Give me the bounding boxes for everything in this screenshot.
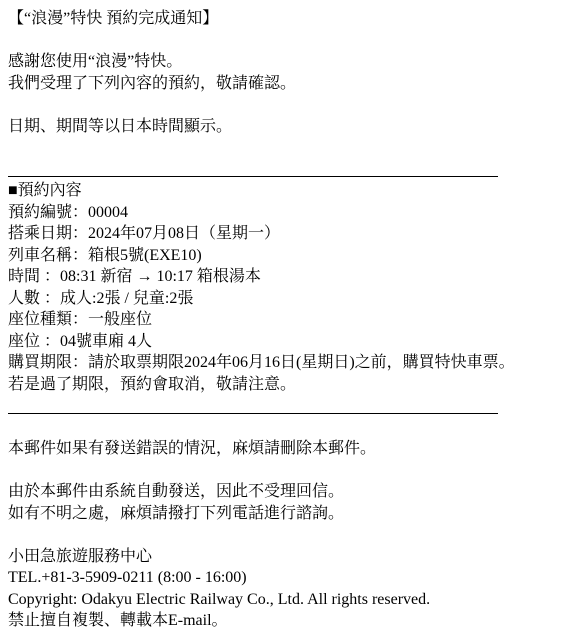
reservation-heading: ■預約內容: [8, 180, 559, 202]
reservation-line-time: 時間 ：08:31 新宿 → 10:17 箱根湯本: [8, 266, 559, 288]
spacer: [8, 30, 559, 52]
spacer: [8, 524, 559, 546]
spacer: [8, 137, 559, 159]
signature-copyright: Copyright: Odakyu Electric Railway Co., …: [8, 589, 559, 611]
reservation-line-train: 列車名稱：箱根5號(EXE10): [8, 245, 559, 267]
reservation-line-deadline-warning: 若是過了期限，預約會取消，敬請注意。: [8, 374, 559, 396]
reservation-line-seat: 座位 ：04號車廂 4人: [8, 331, 559, 353]
divider-bottom: [8, 395, 559, 417]
reservation-line-date: 搭乘日期：2024年07月08日（星期一）: [8, 223, 559, 245]
contact-hint: 如有不明之處，麻煩請撥打下列電話進行諮詢。: [8, 503, 559, 525]
spacer: [8, 94, 559, 116]
divider-top: [8, 159, 559, 181]
spacer: [8, 460, 559, 482]
divider-line: [8, 176, 498, 177]
reservation-line-number: 預約編號：00004: [8, 202, 559, 224]
divider-line: [8, 413, 498, 414]
reservation-line-passengers: 人數 ：成人:2張 / 兒童:2張: [8, 288, 559, 310]
spacer: [8, 417, 559, 439]
email-body: 【“浪漫”特快 預約完成通知】 感謝您使用“浪漫”特快。 我們受理了下列內容的預…: [0, 0, 565, 640]
reservation-line-purchase-deadline: 購買期限：請於取票期限2024年06月16日(星期日)之前，購買特快車票。: [8, 352, 559, 374]
greeting-line-2: 我們受理了下列內容的預約，敬請確認。: [8, 73, 559, 95]
email-subject: 【“浪漫”特快 預約完成通知】: [8, 8, 559, 30]
reservation-line-seat-type: 座位種類：一般座位: [8, 309, 559, 331]
auto-send-note: 由於本郵件由系統自動發送，因此不受理回信。: [8, 481, 559, 503]
signature-no-copy: 禁止擅自複製、轉載本E-mail。: [8, 610, 559, 632]
timezone-note: 日期、期間等以日本時間顯示。: [8, 116, 559, 138]
misdelivery-note: 本郵件如果有發送錯誤的情況，麻煩請刪除本郵件。: [8, 438, 559, 460]
signature-tel: TEL.+81-3-5909-0211 (8:00 - 16:00): [8, 567, 559, 589]
signature-center-name: 小田急旅遊服務中心: [8, 546, 559, 568]
greeting-line-1: 感謝您使用“浪漫”特快。: [8, 51, 559, 73]
